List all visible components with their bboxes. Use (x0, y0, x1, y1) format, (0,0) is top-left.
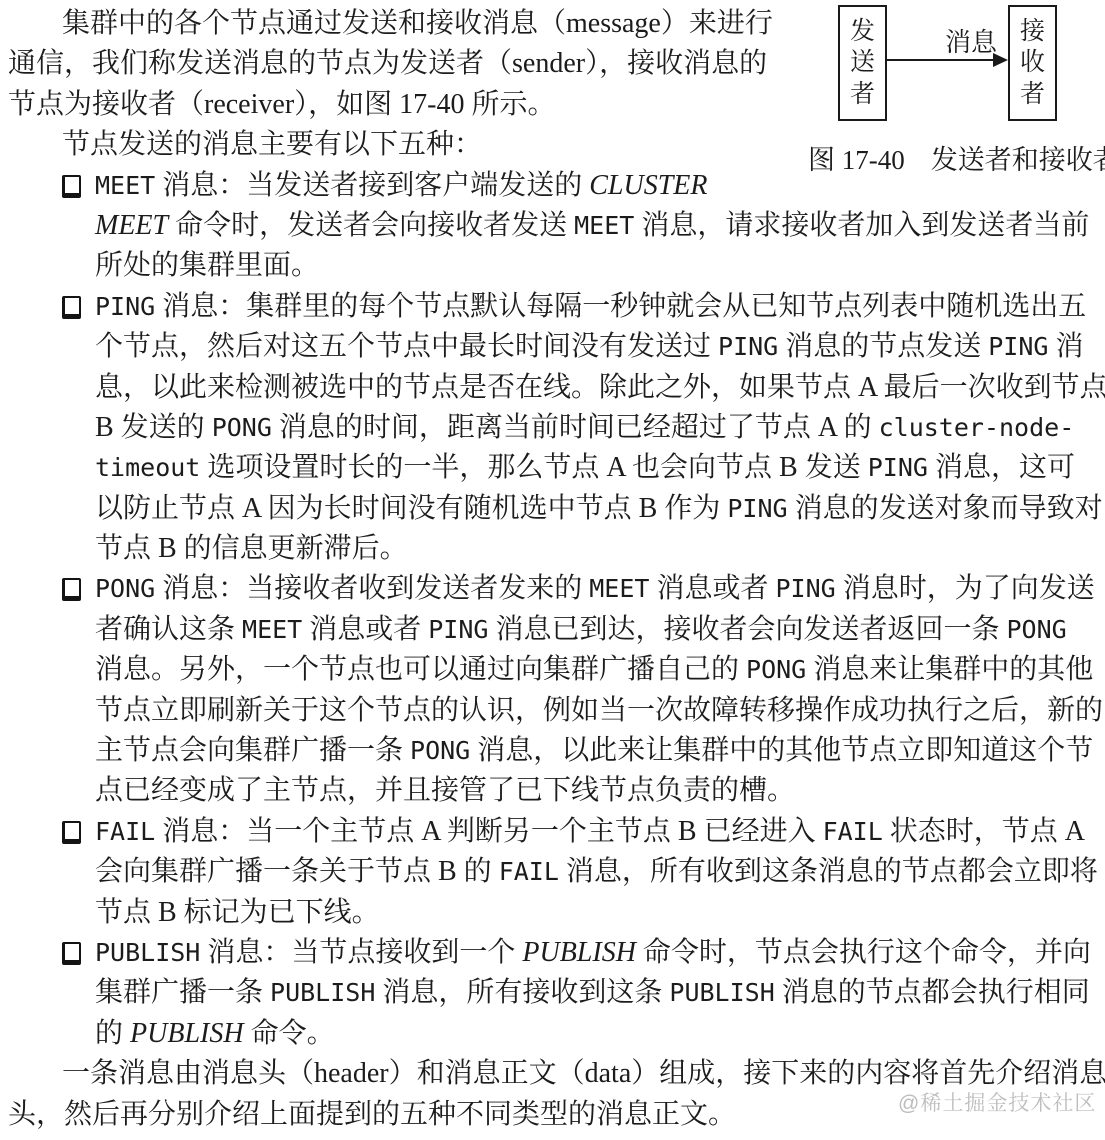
text-segment: CLUSTER (589, 170, 707, 201)
bullet-square-icon (62, 578, 81, 601)
text-line: FAIL 消息：当一个主节点 A 判断另一个主节点 B 已经进入 FAIL 状态… (95, 812, 1100, 852)
text-segment: PONG (95, 574, 155, 603)
text-segment: 消息的发送对象而导致对 (788, 493, 1103, 524)
bullet-item: PING 消息：集群里的每个节点默认每隔一秒钟就会从已知节点列表中随机选出五个节… (8, 287, 1100, 570)
text-segment: 消息的时间，距离当前时间已经超过了节点 A 的 (272, 412, 879, 443)
text-segment: PONG (746, 655, 806, 684)
text-segment: PUBLISH (669, 978, 774, 1007)
text-segment: 节点 B 标记为已下线。 (95, 897, 380, 928)
text-line: 节点 B 标记为已下线。 (95, 893, 1100, 933)
text-line: 个节点，然后对这五个节点中最长时间没有发送过 PING 消息的节点发送 PING… (95, 327, 1100, 367)
text-segment: 息，以此来检测被选中的节点是否在线。除此之外，如果节点 A 最后一次收到节点 (95, 372, 1105, 403)
text-segment: 头，然后再分别介绍上面提到的五种不同类型的消息正文。 (8, 1099, 736, 1130)
text-line: PUBLISH 消息：当节点接收到一个 PUBLISH 命令时，节点会执行这个命… (95, 933, 1100, 973)
bullet-item: FAIL 消息：当一个主节点 A 判断另一个主节点 B 已经进入 FAIL 状态… (8, 812, 1100, 933)
text-segment: PUBLISH (522, 937, 636, 968)
text-segment: 以防止节点 A 因为长时间没有随机选中节点 B 作为 (95, 493, 727, 524)
sender-node-box: 发送者 (838, 5, 887, 121)
text-segment: PUBLISH (95, 938, 200, 967)
text-line: 以防止节点 A 因为长时间没有随机选中节点 B 作为 PING 消息的发送对象而… (95, 489, 1100, 529)
text-segment: 的 (95, 1018, 130, 1049)
text-segment: 消息：当发送者接到客户端发送的 (155, 170, 589, 201)
text-segment: 命令时，发送者会向接收者发送 (168, 210, 574, 241)
text-segment: 消息。另外，一个节点也可以通过向集群广播自己的 (95, 654, 746, 685)
text-segment: 集群广播一条 (95, 977, 270, 1008)
text-segment: 消息：当接收者收到发送者发来的 (155, 573, 589, 604)
bullet-square-icon (62, 942, 81, 965)
text-segment: PUBLISH (270, 978, 375, 1007)
text-segment: 状态时，节点 A (883, 816, 1085, 847)
text-segment: timeout (95, 453, 200, 482)
text-segment: 选项设置时长的一半，那么节点 A 也会向节点 B 发送 (200, 452, 867, 483)
text-segment: PONG (410, 736, 470, 765)
text-segment: 消息或者 (649, 573, 775, 604)
text-segment: MEET (95, 171, 155, 200)
text-segment: 消息已到达，接收者会向发送者返回一条 (488, 614, 1006, 645)
text-line: 所处的集群里面。 (95, 246, 1100, 286)
text-segment: 主节点会向集群广播一条 (95, 735, 410, 766)
bullet-square-icon (62, 296, 81, 319)
receiver-node-box: 接收者 (1008, 5, 1057, 121)
text-segment: PING (727, 494, 787, 523)
text-segment: MEET (574, 211, 634, 240)
text-segment: FAIL (823, 817, 883, 846)
text-segment: 消息，所有接收到这条 (375, 977, 669, 1008)
text-segment: cluster-node- (879, 413, 1075, 442)
figure-caption-number: 图 17-40 (808, 145, 905, 175)
text-segment: FAIL (95, 817, 155, 846)
text-segment: 消息的节点发送 (778, 331, 988, 362)
text-segment: 个节点，然后对这五个节点中最长时间没有发送过 (95, 331, 718, 362)
text-line: 节点 B 的信息更新滞后。 (95, 529, 1100, 569)
text-segment: PING (988, 332, 1048, 361)
bullet-square-icon (62, 821, 81, 844)
text-segment: 消息时，为了向发送 (836, 573, 1095, 604)
text-line: timeout 选项设置时长的一半，那么节点 A 也会向节点 B 发送 PING… (95, 448, 1100, 488)
text-line: MEET 命令时，发送者会向接收者发送 MEET 消息，请求接收者加入到发送者当… (95, 206, 1100, 246)
message-arrow-line (885, 59, 997, 61)
text-segment: PING (775, 574, 835, 603)
text-line: 消息。另外，一个节点也可以通过向集群广播自己的 PONG 消息来让集群中的其他 (95, 650, 1100, 690)
text-line: PONG 消息：当接收者收到发送者发来的 MEET 消息或者 PING 消息时，… (95, 569, 1100, 609)
bullet-item: PONG 消息：当接收者收到发送者发来的 MEET 消息或者 PING 消息时，… (8, 569, 1100, 811)
text-line: B 发送的 PONG 消息的时间，距离当前时间已经超过了节点 A 的 clust… (95, 408, 1100, 448)
text-line: 节点立即刷新关于这个节点的认识，例如当一次故障转移操作成功执行之后，新的 (95, 691, 1100, 731)
text-line: 会向集群广播一条关于节点 B 的 FAIL 消息，所有收到这条消息的节点都会立即… (95, 852, 1100, 892)
text-segment: PING (95, 292, 155, 321)
text-segment: MEET (242, 615, 302, 644)
text-segment: 点已经变成了主节点，并且接管了已下线节点负责的槽。 (95, 775, 795, 806)
text-segment: 消息，请求接收者加入到发送者当前 (634, 210, 1089, 241)
text-segment: 消息或者 (302, 614, 428, 645)
text-segment: 节点发送的消息主要有以下五种： (62, 129, 482, 160)
text-segment: FAIL (499, 857, 559, 886)
text-segment: 消息，以此来让集群中的其他节点立即知道这个节 (470, 735, 1093, 766)
text-segment: 节点立即刷新关于这个节点的认识，例如当一次故障转移操作成功执行之后，新的 (95, 695, 1103, 726)
text-segment: 消息：当节点接收到一个 (200, 937, 522, 968)
figure-17-40: 发送者 消息 接收者 图 17-40发送者和接收者 (838, 0, 1100, 175)
text-segment: 消息的节点都会执行相同 (775, 977, 1090, 1008)
text-segment: 集群中的各个节点通过发送和接收消息（message）来进行 (62, 8, 773, 39)
text-line: 主节点会向集群广播一条 PONG 消息，以此来让集群中的其他节点立即知道这个节 (95, 731, 1100, 771)
text-segment: PONG (212, 413, 272, 442)
figure-caption-title: 发送者和接收者 (931, 145, 1105, 175)
text-segment: 消息：集群里的每个节点默认每隔一秒钟就会从已知节点列表中随机选出五 (155, 291, 1086, 322)
text-segment: 通信，我们称发送消息的节点为发送者（sender），接收消息的 (8, 48, 767, 79)
text-segment: 消息来让集群中的其他 (806, 654, 1093, 685)
bullet-item: MEET 消息：当发送者接到客户端发送的 CLUSTERMEET 命令时，发送者… (8, 166, 1100, 287)
text-segment: 者确认这条 (95, 614, 242, 645)
text-segment: 节点 B 的信息更新滞后。 (95, 533, 408, 564)
text-segment: 消息，这可 (928, 452, 1075, 483)
text-line: 集群广播一条 PUBLISH 消息，所有接收到这条 PUBLISH 消息的节点都… (95, 973, 1100, 1013)
text-segment: 节点为接收者（receiver），如图 17-40 所示。 (8, 89, 555, 120)
text-segment: 消息：当一个主节点 A 判断另一个主节点 B 已经进入 (155, 816, 822, 847)
text-segment: MEET (589, 574, 649, 603)
text-segment: PING (428, 615, 488, 644)
text-segment: 命令时，节点会执行这个命令，并向 (636, 937, 1091, 968)
text-segment: MEET (95, 210, 168, 241)
text-segment: 会向集群广播一条关于节点 B 的 (95, 856, 499, 887)
text-segment: 命令。 (244, 1018, 335, 1049)
receiver-label: 接收者 (1019, 16, 1045, 111)
text-segment: 消 (1048, 331, 1083, 362)
text-line: 息，以此来检测被选中的节点是否在线。除此之外，如果节点 A 最后一次收到节点 (95, 368, 1100, 408)
watermark: @稀土掘金技术社区 (898, 1087, 1096, 1117)
text-segment: PONG (1006, 615, 1066, 644)
text-segment: 消息，所有收到这条消息的节点都会立即将 (559, 856, 1098, 887)
text-segment: B 发送的 (95, 412, 212, 443)
text-segment: PUBLISH (130, 1018, 244, 1049)
text-segment: 一条消息由消息头（header）和消息正文（data）组成，接下来的内容将首先介… (62, 1058, 1105, 1089)
sender-label: 发送者 (849, 16, 875, 111)
text-line: 点已经变成了主节点，并且接管了已下线节点负责的槽。 (95, 771, 1100, 811)
text-line: 者确认这条 MEET 消息或者 PING 消息已到达，接收者会向发送者返回一条 … (95, 610, 1100, 650)
text-line: 的 PUBLISH 命令。 (95, 1014, 1100, 1054)
bullet-square-icon (62, 175, 81, 198)
text-line: PING 消息：集群里的每个节点默认每隔一秒钟就会从已知节点列表中随机选出五 (95, 287, 1100, 327)
text-segment: 所处的集群里面。 (95, 250, 319, 281)
bullet-item: PUBLISH 消息：当节点接收到一个 PUBLISH 命令时，节点会执行这个命… (8, 933, 1100, 1054)
figure-caption: 图 17-40发送者和接收者 (808, 138, 1100, 177)
text-segment: PING (868, 453, 928, 482)
text-segment: PING (718, 332, 778, 361)
